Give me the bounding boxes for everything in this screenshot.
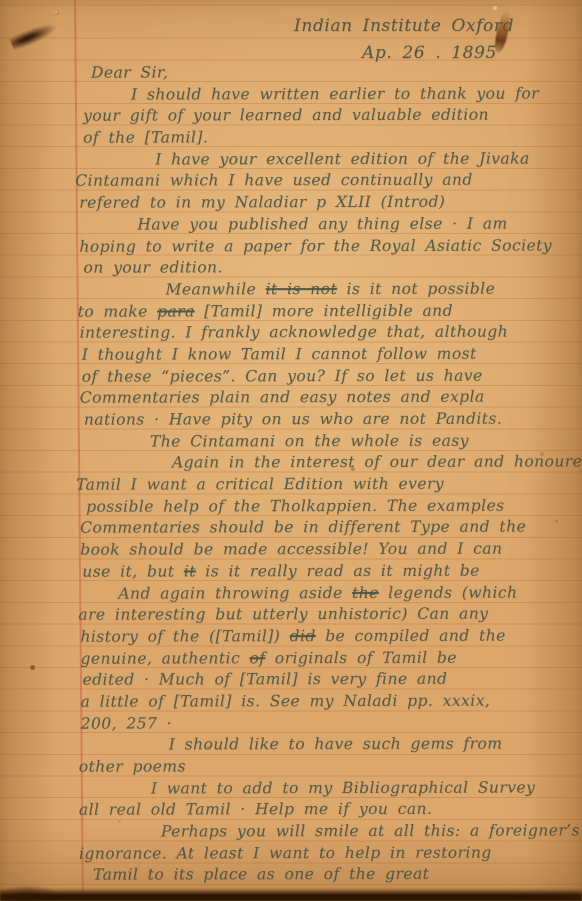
ink-stain-top-left (9, 20, 59, 52)
paper-speck (493, 6, 497, 10)
page-corner-shadow (0, 885, 62, 901)
manuscript-line: I should like to have such gems from (77, 734, 582, 757)
manuscript-line: Tamil I want a critical Edition with eve… (76, 473, 582, 496)
manuscript-line: possible help of the Tholkappien. The ex… (76, 495, 582, 518)
manuscript-line: of the [Tamil]. (75, 126, 582, 149)
manuscript-line: Cintamani which I have used continually … (75, 170, 582, 193)
manuscript-line: genuine, authentic of originals of Tamil… (76, 647, 582, 670)
manuscript-line: of these “pieces”. Can you? If so let us… (76, 365, 582, 388)
manuscript-line: I have your excellent edition of the Jiv… (75, 148, 582, 171)
letter-date: Ap. 26 . 1895 (362, 43, 497, 63)
manuscript-line: hoping to write a paper for the Royal As… (75, 235, 582, 258)
manuscript-line: And again throwing aside the legends (wh… (76, 582, 582, 605)
manuscript-line: I should have written earlier to thank y… (75, 83, 582, 106)
manuscript-line: nations · Have pity on us who are not Pa… (76, 408, 582, 431)
manuscript-line: Tamil to its place as one of the great (77, 864, 582, 887)
manuscript-line: Again in the interest of our dear and ho… (76, 452, 582, 475)
fox-spot (30, 665, 35, 670)
manuscript-line: Meanwhile it is not is it not possible (75, 278, 582, 301)
manuscript-line: interesting. I frankly acknowledge that,… (76, 322, 582, 345)
manuscript-line: Perhaps you will smile at all this: a fo… (77, 820, 582, 843)
letter-page: Indian Institute Oxford Ap. 26 . 1895 De… (0, 0, 582, 901)
manuscript-line: refered to in my Naladiar p XLII (Introd… (75, 191, 582, 214)
letter-body: Dear Sir,I should have written earlier t… (75, 61, 582, 886)
manuscript-line: edited · Much of [Tamil] is very fine an… (77, 669, 582, 692)
manuscript-line: on your edition. (75, 257, 582, 280)
manuscript-line: all real old Tamil · Help me if you can. (77, 799, 582, 822)
manuscript-line: to make para [Tamil] more intelligible a… (76, 300, 582, 323)
manuscript-line: I thought I know Tamil I cannot follow m… (76, 343, 582, 366)
manuscript-line: Commentaries plain and easy notes and ex… (76, 387, 582, 410)
manuscript-line: are interesting but utterly unhistoric) … (76, 604, 582, 627)
letterhead-institution: Indian Institute Oxford (294, 16, 514, 36)
manuscript-line: I want to add to my Bibliographical Surv… (77, 777, 582, 800)
manuscript-line: The Cintamani on the whole is easy (76, 430, 582, 453)
manuscript-line: use it, but it is it really read as it m… (76, 560, 582, 583)
manuscript-line: a little of [Tamil] is. See my Naladi pp… (77, 690, 582, 713)
manuscript-line: ignorance. At least I want to help in re… (77, 842, 582, 865)
manuscript-line: history of the ([Tamil]) did be compiled… (76, 625, 582, 648)
manuscript-line: book should be made accessible! You and … (76, 538, 582, 561)
page-bottom-edge-shadow (0, 888, 582, 901)
manuscript-line: 200, 257 · (77, 712, 582, 735)
manuscript-line: other poems (77, 755, 582, 778)
manuscript-line: Have you published any thing else · I am (75, 213, 582, 236)
manuscript-line: Dear Sir, (75, 61, 582, 84)
manuscript-line: Commentaries should be in different Type… (76, 517, 582, 540)
manuscript-line: your gift of your learned and valuable e… (75, 105, 582, 128)
paper-speck (54, 10, 59, 15)
